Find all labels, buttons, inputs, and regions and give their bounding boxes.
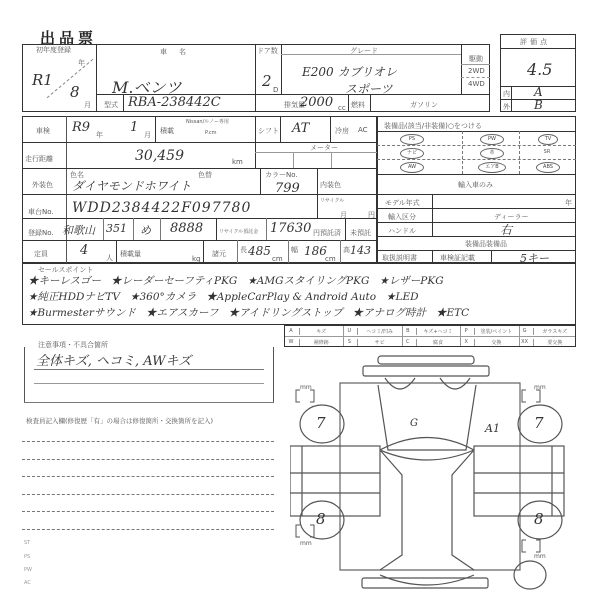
- drive-2wd[interactable]: 2WD: [468, 67, 485, 75]
- equipment-leather[interactable]: 革: [480, 148, 504, 159]
- sales-point: ★AppleCarPlay & Android Auto: [206, 291, 376, 303]
- length-value: 485: [248, 244, 271, 258]
- legend-desc: ガラスキズ: [533, 328, 576, 335]
- equipment-navi[interactable]: ナビ: [400, 148, 424, 159]
- damage-legend: AキズUヘコミ/凹みBキズ+ヘコミP塗装/ペイントGガラスキズW補修跡SサビC腐…: [284, 325, 576, 347]
- legend-desc: 交換: [474, 339, 517, 346]
- import-header: 輸入車のみ: [458, 180, 493, 190]
- color-value: ダイヤモンドホワイト: [72, 177, 191, 194]
- height-value: 143: [350, 244, 371, 257]
- fuel-label: 燃料: [351, 100, 365, 110]
- equipment-ps[interactable]: PS: [400, 134, 424, 145]
- recycle-fee: 17630: [270, 221, 311, 236]
- grade-line1: E200 カブリオレ: [302, 63, 397, 80]
- legend-code: XX: [519, 339, 531, 345]
- doors-value: 2: [262, 72, 272, 90]
- inspector-note: 検査員記入欄(修復歴「有」の場合は修復箇所・交換箇所を記入): [26, 416, 213, 425]
- inspector-line: [22, 529, 274, 530]
- inspector-line: [22, 441, 274, 442]
- legend-desc: サビ: [357, 339, 400, 346]
- equipment-tv[interactable]: TV: [538, 134, 558, 145]
- inspector-line: [22, 476, 274, 477]
- sales-point: ★360°カメラ: [130, 291, 196, 303]
- legend-desc: 腐食: [416, 339, 459, 346]
- sales-points-list: ★キーレスゴー ★レーダーセーフティPKG ★AMGスタイリングPKG ★レザー…: [28, 273, 574, 321]
- first-registration-label: 初年度登録: [36, 45, 71, 55]
- front-right-tire-mark: 7: [534, 414, 544, 432]
- model-label: 型式: [104, 100, 118, 110]
- equipment-sr[interactable]: SR: [538, 149, 556, 155]
- legend-code: B: [402, 328, 414, 334]
- legend-code: P: [460, 328, 472, 334]
- legend-code: S: [343, 339, 355, 345]
- registration-kana: め: [140, 222, 151, 238]
- sales-point: ★LED: [386, 291, 418, 303]
- legend-desc: ヘコミ/凹み: [357, 328, 400, 335]
- interior-grade: A: [534, 85, 543, 99]
- equipment-pw[interactable]: PW: [480, 134, 504, 145]
- equipment-abs[interactable]: ABS: [536, 162, 560, 173]
- legend-desc: 塗装/ペイント: [474, 328, 517, 335]
- inspection-value: R9: [72, 120, 90, 135]
- shift-value: AT: [292, 121, 309, 136]
- legend-code: C: [402, 339, 414, 345]
- rear-right-tire-mark: 8: [534, 510, 544, 528]
- inspector-line: [22, 511, 274, 512]
- legend-desc: キズ: [299, 328, 342, 335]
- fuel-value: ガソリン: [410, 100, 438, 110]
- legend-desc: 補修跡: [299, 339, 342, 346]
- chassis-number: WDD2384422F097780: [72, 200, 251, 216]
- legend-code: W: [285, 339, 297, 345]
- first-registration-month: 8: [70, 83, 80, 101]
- sales-point: ★純正HDDナビTV: [28, 291, 120, 303]
- score-label: 評価点: [520, 37, 550, 47]
- remarks-value: 全体キズ, ヘコミ, AWキズ: [36, 350, 191, 369]
- drive-4wd[interactable]: 4WD: [468, 80, 485, 88]
- car-damage-diagram: [290, 350, 600, 600]
- car-name-label: 車名: [160, 47, 198, 57]
- sales-point: ★エアスカーフ: [146, 307, 219, 319]
- sales-point: ★ETC: [436, 307, 469, 319]
- legend-desc: キズ+ヘコミ: [416, 328, 459, 335]
- exterior-grade: B: [534, 98, 543, 112]
- mileage-value: 30,459: [135, 148, 184, 164]
- legend-desc: 要交換: [533, 339, 576, 346]
- sales-point: ★レーダーセーフティPKG: [111, 275, 237, 287]
- seats-value: 4: [80, 243, 88, 258]
- equipment-aw[interactable]: AW: [400, 162, 424, 173]
- inspector-line: [22, 494, 274, 495]
- legend-code: G: [519, 328, 531, 334]
- inspector-line: [22, 459, 274, 460]
- ac-value: AC: [358, 126, 368, 134]
- sales-point: ★アイドリングストップ: [229, 307, 343, 319]
- windshield-damage-mark: G: [410, 418, 418, 429]
- sales-point: ★Burmesterサウンド: [28, 307, 136, 319]
- first-registration-era: R1: [32, 71, 53, 89]
- sales-point: ★キーレスゴー: [28, 275, 101, 287]
- equipment-airbag[interactable]: エアB: [478, 162, 506, 173]
- doors-label: ドア数: [257, 46, 278, 56]
- sales-point: ★アナログ時計: [352, 307, 426, 319]
- model-code: RBA-238442C: [128, 95, 221, 110]
- registration-number: 8888: [170, 221, 203, 236]
- sales-point: ★レザーPKG: [379, 275, 443, 287]
- sales-point: ★AMGスタイリングPKG: [247, 275, 369, 287]
- front-left-tire-mark: 7: [316, 414, 326, 432]
- width-value: 186: [304, 244, 327, 258]
- score-value: 4.5: [527, 60, 552, 79]
- right-panel-damage-mark: A1: [485, 422, 500, 435]
- registration-class: 351: [106, 222, 127, 235]
- legend-code: X: [460, 339, 472, 345]
- displacement-value: 2000: [300, 95, 333, 110]
- legend-code: U: [343, 328, 355, 334]
- registration-region: 和歌山: [62, 222, 95, 238]
- legend-code: A: [285, 328, 297, 334]
- rear-left-tire-mark: 8: [316, 510, 326, 528]
- equipment-label: 装備品(該当/非装備)○をつける: [384, 121, 482, 131]
